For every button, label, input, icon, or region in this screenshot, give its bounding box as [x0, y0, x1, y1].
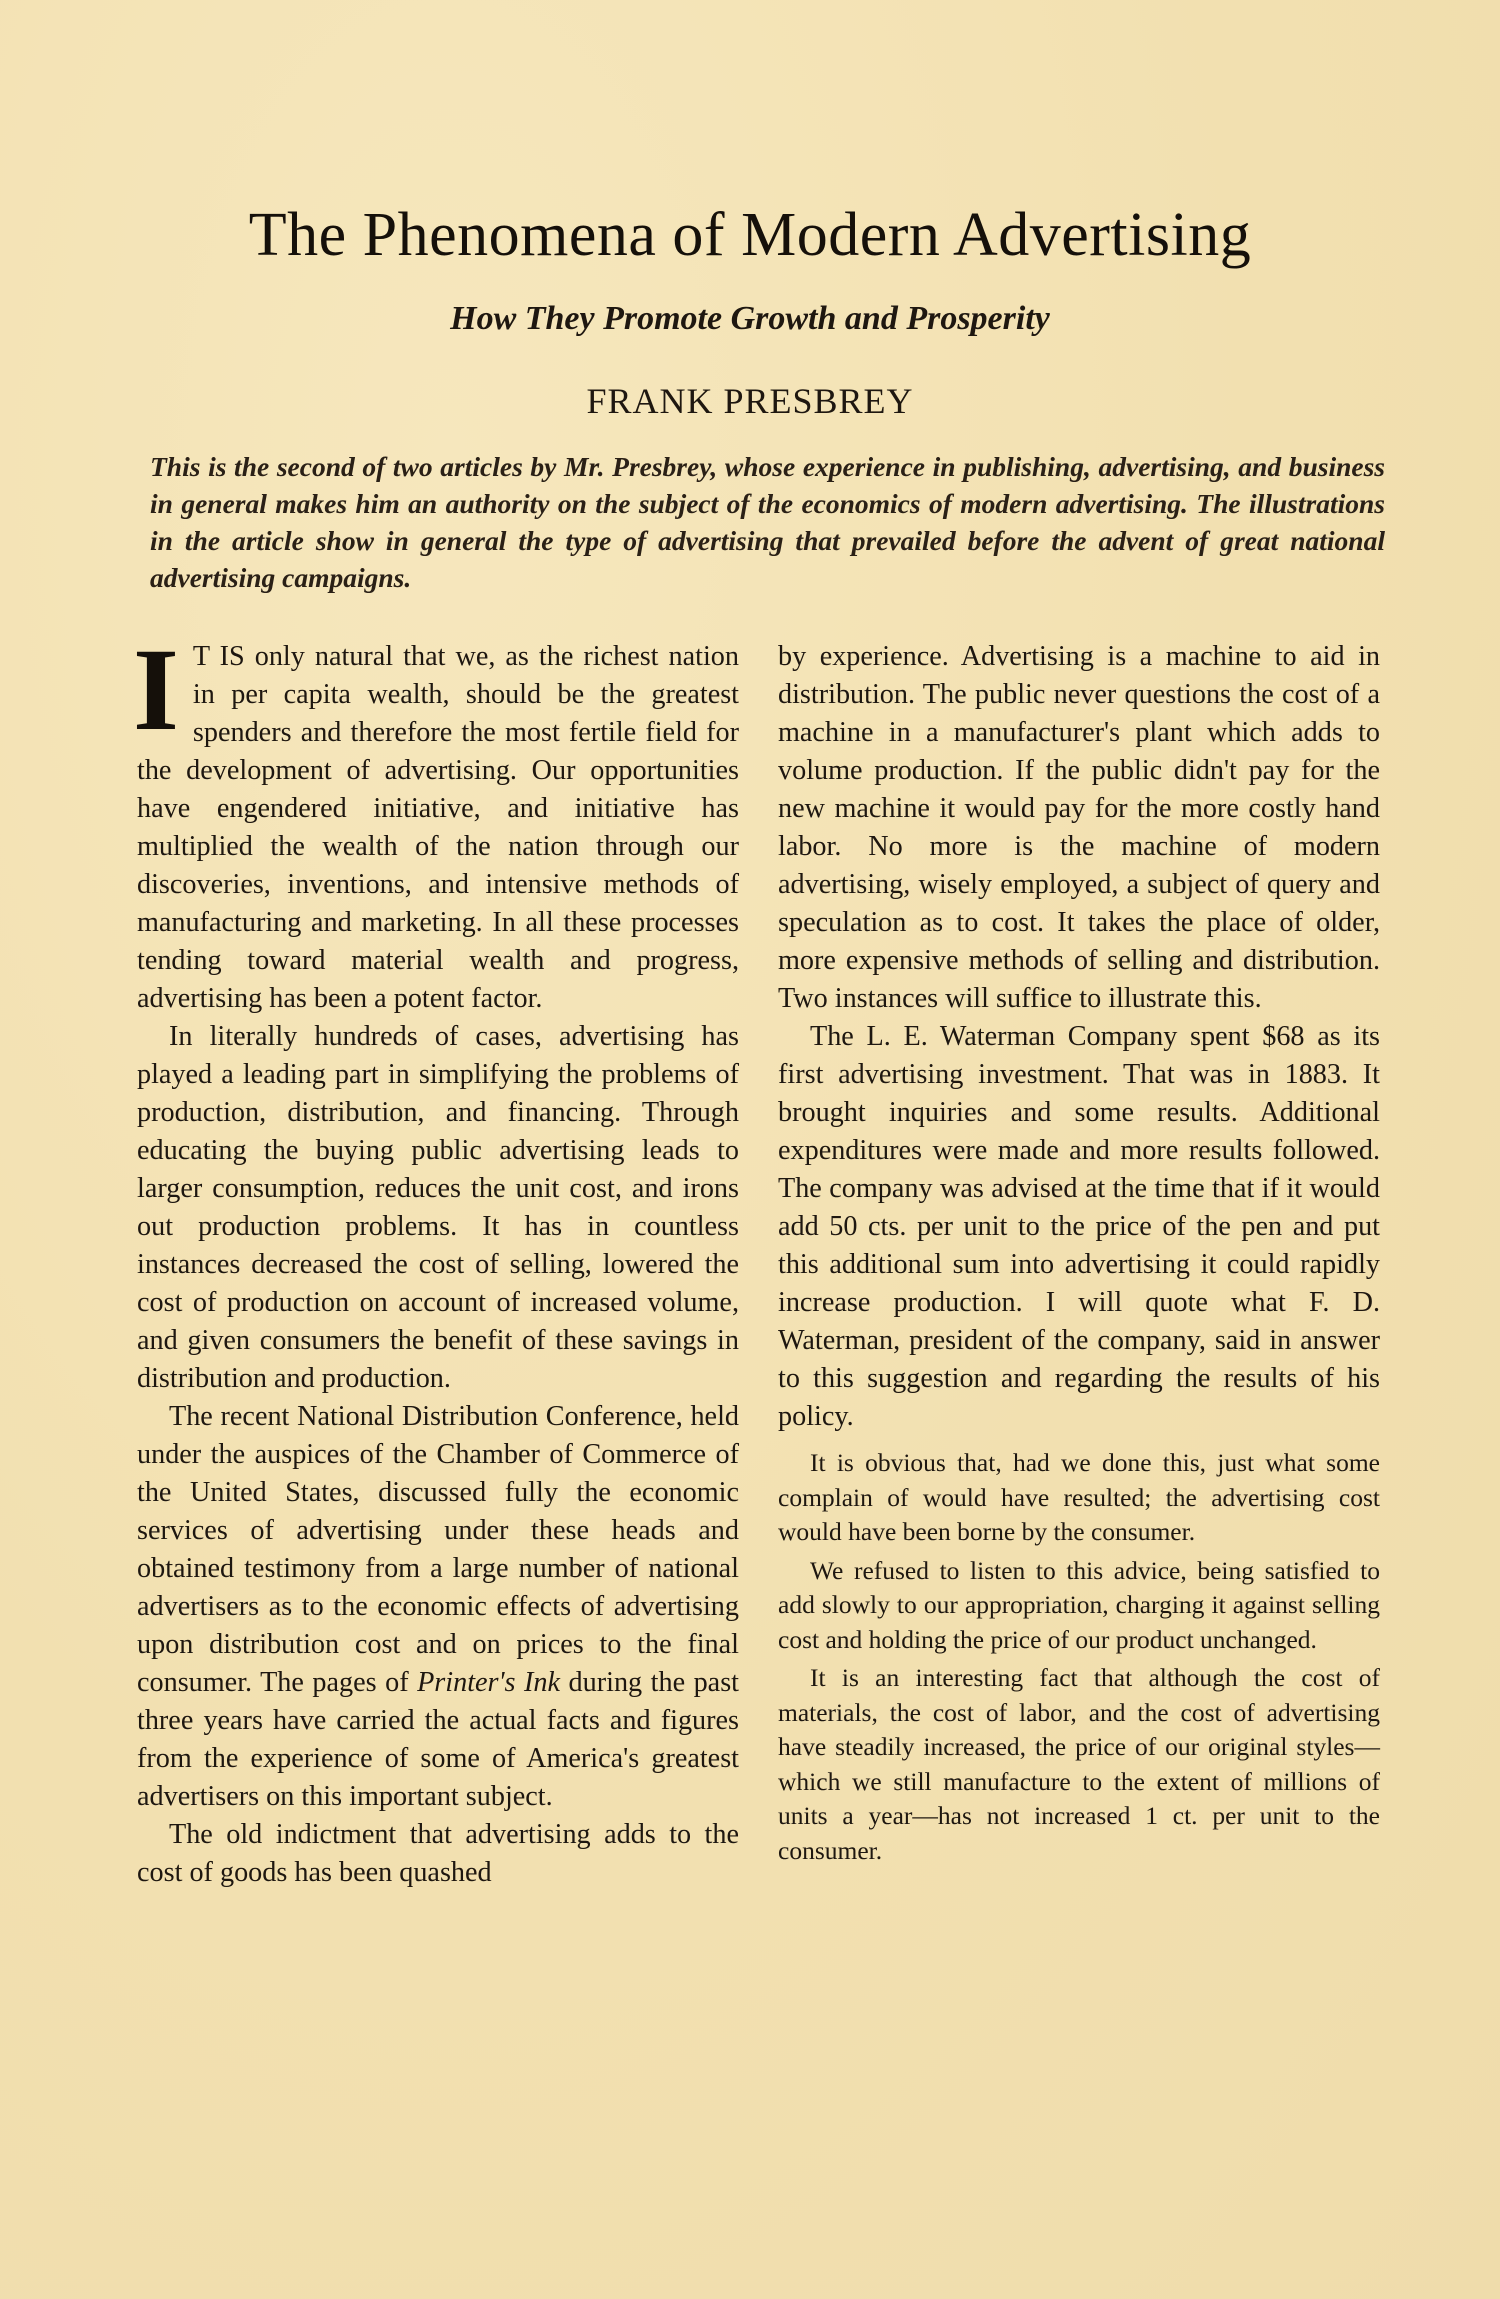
- block-quote: It is obvious that, had we done this, ju…: [778, 1446, 1380, 1550]
- article-title: The Phenomena of Modern Advertising: [0, 200, 1500, 271]
- block-quote: It is an interesting fact that although …: [778, 1661, 1380, 1868]
- drop-cap: I: [133, 644, 179, 744]
- paragraph: In literally hundreds of cases, advertis…: [137, 1018, 739, 1398]
- paragraph: The recent National Distribution Confere…: [137, 1398, 739, 1816]
- paragraph-opening-text: T IS only natural that we, as the riches…: [137, 641, 739, 1014]
- left-column: I T IS only natural that we, as the rich…: [137, 638, 739, 1892]
- article-subtitle: How They Promote Growth and Prosperity: [0, 300, 1500, 338]
- publication-name: Printer's Ink: [417, 1667, 560, 1698]
- article-author: FRANK PRESBREY: [0, 380, 1500, 422]
- article-intro: This is the second of two articles by Mr…: [150, 448, 1385, 596]
- paragraph: The L. E. Waterman Company spent $68 as …: [778, 1018, 1380, 1436]
- paragraph-text: The recent National Distribution Confere…: [137, 1401, 739, 1698]
- right-column: by experience. Advertising is a machine …: [778, 638, 1380, 1868]
- paragraph-continued: by experience. Advertising is a machine …: [778, 638, 1380, 1018]
- magazine-page: The Phenomena of Modern Advertising How …: [0, 0, 1500, 2299]
- paragraph-opening: I T IS only natural that we, as the rich…: [137, 638, 739, 1018]
- paragraph: The old indictment that advertising adds…: [137, 1816, 739, 1892]
- block-quote: We refused to listen to this advice, bei…: [778, 1554, 1380, 1658]
